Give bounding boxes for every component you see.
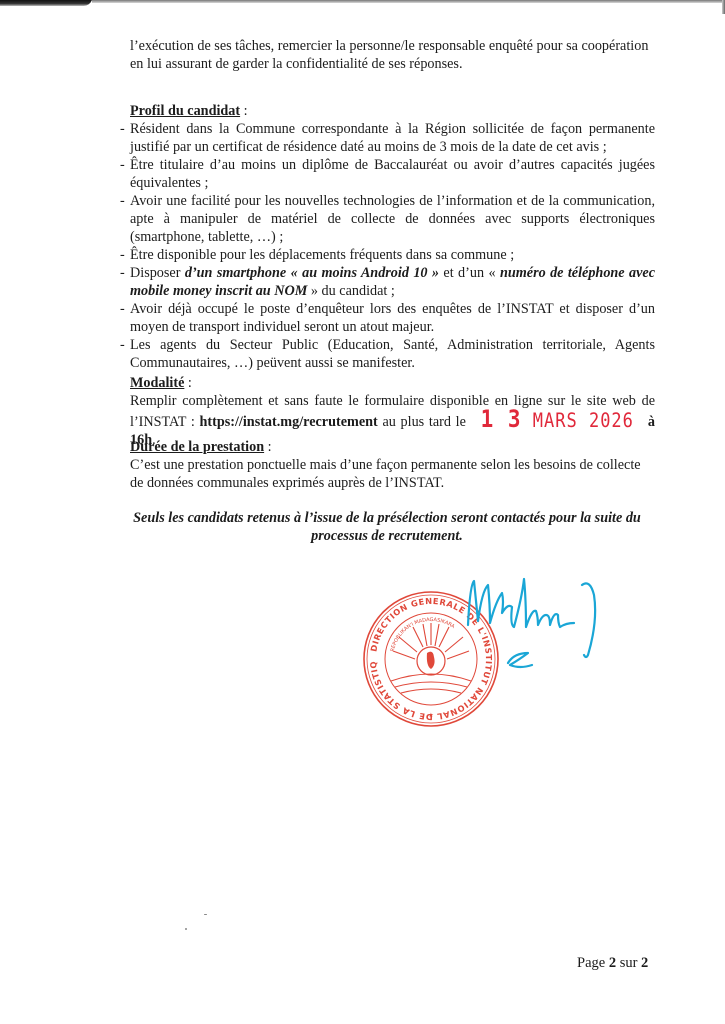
requirement-item: Être titulaire d’au moins un diplôme de … (130, 156, 655, 192)
duration-title: Durée de la prestation (130, 439, 264, 455)
requirement-item: Avoir déjà occupé le poste d’enquêteur l… (130, 300, 655, 336)
svg-text:★: ★ (428, 712, 433, 719)
intro-paragraph: l’exécution de ses tâches, remercier la … (130, 37, 655, 73)
requirement-item: Disposer d’un smartphone « au moins Andr… (130, 264, 655, 300)
requirements-list: Résident dans la Commune correspondante … (130, 120, 655, 372)
requirement-item: Les agents du Secteur Public (Education,… (130, 336, 655, 372)
svg-text:REPOBLIKAN'I MADAGASIKARA: REPOBLIKAN'I MADAGASIKARA (390, 617, 456, 652)
deadline-date-stamp: 1 3 MARS 2026 (481, 409, 634, 432)
scan-speck (204, 914, 207, 915)
page-number: Page 2 sur 2 (577, 955, 648, 972)
requirement-item: Avoir une facilité pour les nouvelles te… (130, 192, 655, 246)
scan-speck (185, 928, 187, 930)
requirement-item: Résident dans la Commune correspondante … (130, 120, 655, 156)
requirement-item: Être disponible pour les déplacements fr… (130, 246, 655, 264)
duration-section: Durée de la prestation : C’est une prest… (130, 438, 655, 492)
scan-edge-shadow (0, 0, 92, 6)
duration-text: C’est une prestation ponctuelle mais d’u… (130, 456, 655, 492)
duration-heading: Durée de la prestation : (130, 438, 655, 456)
modality-title: Modalité (130, 375, 184, 391)
profile-section: Profil du candidat : Résident dans la Co… (107, 102, 655, 372)
recruitment-url-link[interactable]: https://instat.mg/recrutement (200, 414, 378, 430)
signature-icon (460, 555, 630, 685)
profile-title: Profil du candidat (130, 103, 240, 119)
modality-heading: Modalité : (130, 374, 655, 392)
scan-edge-top (92, 0, 725, 3)
closing-note: Seuls les candidats retenus à l’issue de… (117, 509, 657, 545)
profile-heading: Profil du candidat : (107, 102, 655, 120)
